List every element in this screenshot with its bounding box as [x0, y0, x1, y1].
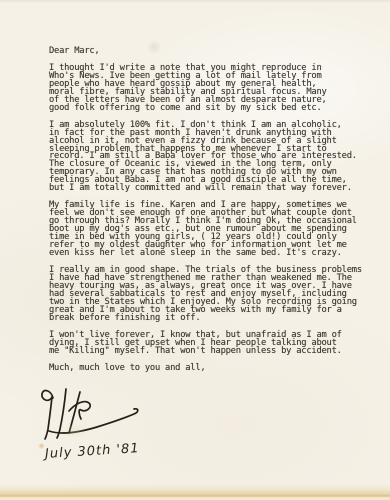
paragraph-4: I really am in good shape. The trials of…	[49, 267, 371, 323]
paper-sheet: Dear Marc, I thought I'd write a note th…	[0, 0, 390, 500]
paper-stain	[60, 425, 90, 437]
closing-line: Much, much love to you and all,	[49, 365, 371, 373]
signature-scrawl-icon	[39, 385, 143, 443]
paper-bottom-edge	[0, 484, 390, 500]
paper-top-edge	[0, 0, 390, 3]
salutation: Dear Marc,	[49, 48, 371, 56]
handwritten-date: July 30th '81	[45, 441, 140, 462]
paragraph-1: I thought I'd write a note that you migh…	[49, 65, 371, 113]
paragraph-3: My family life is fine. Karen and I are …	[49, 202, 371, 258]
paragraph-2: I am absolutely 100% fit. I don't think …	[49, 122, 371, 194]
letter-body: Dear Marc, I thought I'd write a note th…	[49, 48, 371, 373]
paragraph-5: I won't live forever, I know that, but u…	[49, 332, 371, 356]
